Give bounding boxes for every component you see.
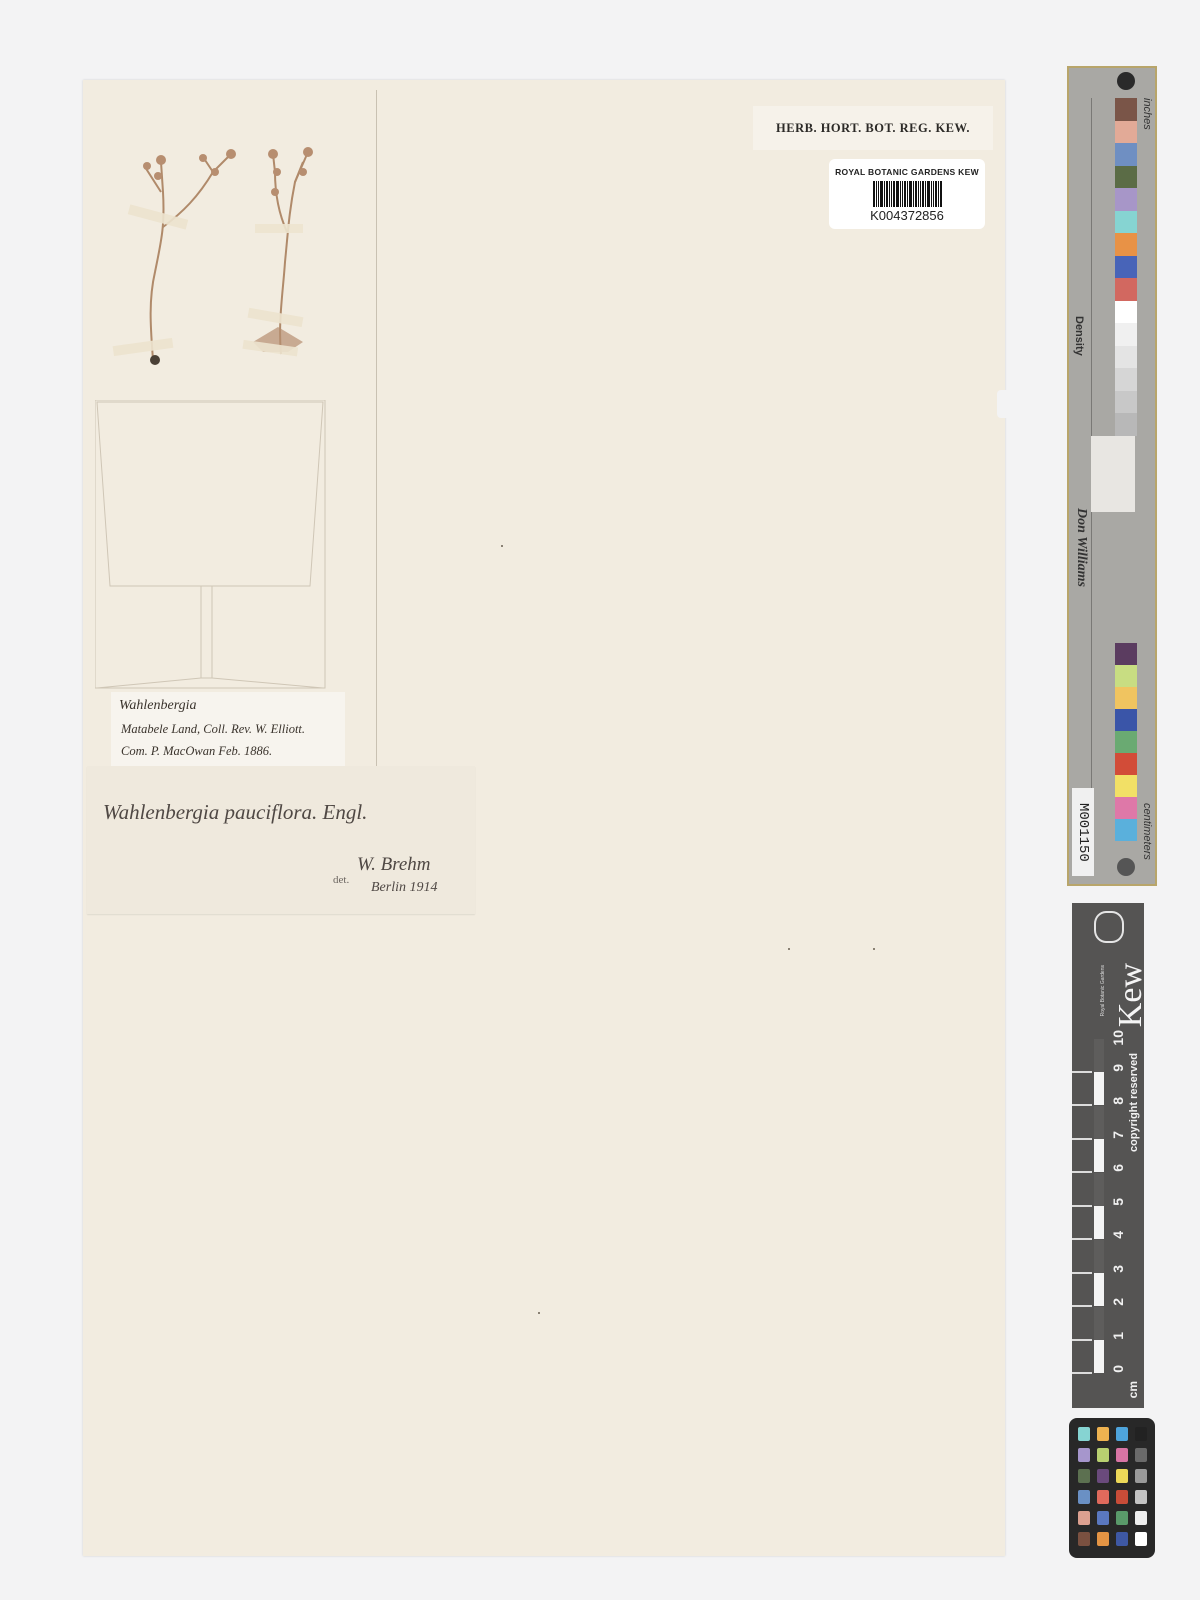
color-swatch (1115, 775, 1137, 797)
barcode-bar (915, 181, 917, 207)
color-swatch (1115, 819, 1137, 841)
color-swatch (1115, 731, 1137, 753)
plant-specimen-icon (103, 132, 343, 372)
kew-scale-segment (1094, 1240, 1104, 1273)
ruler-gray-card (1091, 436, 1135, 512)
kew-copyright: copyright reserved (1128, 1053, 1140, 1152)
kew-tick-label: 5 (1110, 1198, 1126, 1206)
kew-tick-line (1072, 1272, 1092, 1274)
checker-swatch (1097, 1511, 1109, 1525)
kew-tick-line (1072, 1171, 1092, 1173)
checker-swatch (1078, 1511, 1090, 1525)
checker-swatch (1116, 1511, 1128, 1525)
kew-tick-line (1072, 1138, 1092, 1140)
barcode-bar (907, 181, 908, 207)
color-swatch (1115, 278, 1137, 301)
kew-tick-label: 7 (1110, 1131, 1126, 1139)
kew-tick-label: 10 (1110, 1030, 1126, 1046)
color-swatch (1115, 166, 1137, 189)
kew-scale-segment (1094, 1139, 1104, 1172)
barcode-bars (857, 181, 957, 207)
kew-tick-line (1072, 1305, 1092, 1307)
checker-swatch (1097, 1448, 1109, 1462)
fold-line (376, 90, 377, 860)
ruler-density-label: Density (1073, 316, 1085, 356)
color-swatch (1115, 301, 1137, 324)
checker-swatch (1116, 1490, 1128, 1504)
barcode-bar (909, 181, 912, 207)
barcode-bar (931, 181, 932, 207)
kew-tick-line (1072, 1238, 1092, 1240)
color-swatch (1115, 233, 1137, 256)
barcode-bar (900, 181, 901, 207)
color-swatch (1115, 346, 1137, 369)
barcode-bar (938, 181, 939, 207)
determiner-signature: W. Brehm (357, 854, 431, 876)
barcode-institution: ROYAL BOTANIC GARDENS KEW (829, 167, 985, 177)
checker-swatch (1135, 1532, 1147, 1546)
color-swatch (1115, 143, 1137, 166)
ruler-brand: Don Williams (1073, 508, 1089, 587)
color-swatch-strip-bottom (1115, 643, 1137, 841)
kew-tick-label: 0 (1110, 1365, 1126, 1373)
kew-scale-segment (1094, 1039, 1104, 1072)
barcode-bar (935, 181, 937, 207)
kew-tick-line (1072, 1071, 1092, 1073)
herbarium-sheet: HERB. HORT. BOT. REG. KEW. ROYAL BOTANIC… (83, 80, 1005, 1556)
ruler-hole (1117, 858, 1135, 876)
color-swatch (1115, 211, 1137, 234)
kew-subtitle: Royal Botanic Gardens (1100, 965, 1106, 1016)
color-swatch (1115, 98, 1137, 121)
kew-tick-label: 4 (1110, 1231, 1126, 1239)
ruler-unit-inches: inches (1141, 98, 1153, 130)
speck (873, 948, 875, 950)
ruler-hole (1117, 72, 1135, 90)
checker-swatch (1097, 1427, 1109, 1441)
checker-swatch (1135, 1490, 1147, 1504)
barcode-bar (925, 181, 926, 207)
checker-swatch (1097, 1490, 1109, 1504)
color-swatch (1115, 121, 1137, 144)
color-swatch (1115, 323, 1137, 346)
color-swatch (1115, 391, 1137, 414)
ruler-id-label: M001150 (1072, 788, 1094, 876)
kew-tick-label: 3 (1110, 1265, 1126, 1273)
barcode-bar (893, 181, 895, 207)
color-swatch (1115, 797, 1137, 819)
barcode-bar (918, 181, 919, 207)
kew-logo: Kew (1112, 963, 1150, 1027)
barcode-bar (904, 181, 906, 207)
barcode-bar (940, 181, 942, 207)
det-prefix: det. (333, 874, 349, 886)
color-swatch (1115, 188, 1137, 211)
kew-scale-segment (1094, 1106, 1104, 1139)
color-swatch (1115, 687, 1137, 709)
kew-unit: cm (1126, 1381, 1140, 1398)
barcode-bar (891, 181, 892, 207)
checker-swatch (1078, 1490, 1090, 1504)
checker-swatch (1116, 1469, 1128, 1483)
checker-swatch (1078, 1448, 1090, 1462)
kew-scale-segment (1094, 1173, 1104, 1206)
checker-swatch (1116, 1427, 1128, 1441)
color-swatch (1115, 643, 1137, 665)
kew-tick-line (1072, 1339, 1092, 1341)
barcode-bar (873, 181, 875, 207)
kew-scale-bar: Royal Botanic Gardens Kew copyright rese… (1072, 903, 1144, 1408)
barcode-bar (920, 181, 921, 207)
ruler-unit-centimeters: centimeters (1141, 803, 1153, 860)
kew-tick-label: 2 (1110, 1298, 1126, 1306)
barcode-bar (902, 181, 903, 207)
barcode-bar (886, 181, 888, 207)
color-swatch (1115, 256, 1137, 279)
color-swatch (1115, 753, 1137, 775)
kew-crest-icon (1094, 911, 1124, 943)
kew-tick-line (1072, 1205, 1092, 1207)
color-checker-card (1069, 1418, 1155, 1558)
barcode-bar (933, 181, 934, 207)
barcode-bar (896, 181, 899, 207)
collection-communicated: Com. P. MacOwan Feb. 1886. (121, 744, 272, 759)
color-swatch (1115, 709, 1137, 731)
determination-label: Wahlenbergia pauciflora. Engl. det. W. B… (87, 766, 475, 914)
determination-name: Wahlenbergia pauciflora. Engl. (103, 800, 367, 825)
barcode-bar (913, 181, 914, 207)
checker-swatch (1097, 1469, 1109, 1483)
checker-swatch (1078, 1532, 1090, 1546)
color-swatch (1115, 413, 1137, 436)
barcode-label: ROYAL BOTANIC GARDENS KEW K004372856 (829, 159, 985, 229)
checker-swatch (1135, 1427, 1147, 1441)
color-calibration-ruler: inches Density Don Williams centimeters … (1067, 66, 1157, 886)
color-swatch (1115, 368, 1137, 391)
barcode-bar (878, 181, 879, 207)
collection-genus: Wahlenbergia (119, 698, 197, 714)
determination-place-year: Berlin 1914 (371, 880, 438, 896)
checker-swatch (1135, 1511, 1147, 1525)
kew-tick-label: 8 (1110, 1097, 1126, 1105)
checker-swatch (1135, 1469, 1147, 1483)
checker-swatch (1078, 1427, 1090, 1441)
kew-tick-label: 6 (1110, 1164, 1126, 1172)
kew-scale-segment (1094, 1206, 1104, 1239)
kew-tick-label: 9 (1110, 1064, 1126, 1072)
checker-swatch (1078, 1469, 1090, 1483)
barcode-number: K004372856 (829, 208, 985, 223)
barcode-bar (927, 181, 930, 207)
kew-tick-line (1072, 1104, 1092, 1106)
color-swatch (1115, 665, 1137, 687)
collection-label: Wahlenbergia Matabele Land, Coll. Rev. W… (111, 692, 345, 768)
barcode-bar (889, 181, 890, 207)
kew-scale-segment (1094, 1340, 1104, 1373)
kew-tick-label: 1 (1110, 1332, 1126, 1340)
barcode-bar (884, 181, 885, 207)
checker-swatch (1116, 1448, 1128, 1462)
fragment-packet (95, 400, 327, 690)
barcode-bar (922, 181, 924, 207)
herbarium-label: HERB. HORT. BOT. REG. KEW. (753, 106, 993, 150)
checker-swatch (1116, 1532, 1128, 1546)
speck (788, 948, 790, 950)
kew-scale-segment (1094, 1273, 1104, 1306)
kew-tick-line (1072, 1372, 1092, 1374)
speck (538, 1312, 540, 1314)
sheet-notch (997, 390, 1011, 418)
checker-swatch (1097, 1532, 1109, 1546)
barcode-bar (880, 181, 883, 207)
collection-locality: Matabele Land, Coll. Rev. W. Elliott. (121, 722, 305, 737)
kew-scale-segment (1094, 1307, 1104, 1340)
speck (501, 545, 503, 547)
color-swatch-strip (1115, 98, 1137, 436)
checker-swatch (1135, 1448, 1147, 1462)
barcode-bar (876, 181, 877, 207)
kew-scale-segment (1094, 1072, 1104, 1105)
